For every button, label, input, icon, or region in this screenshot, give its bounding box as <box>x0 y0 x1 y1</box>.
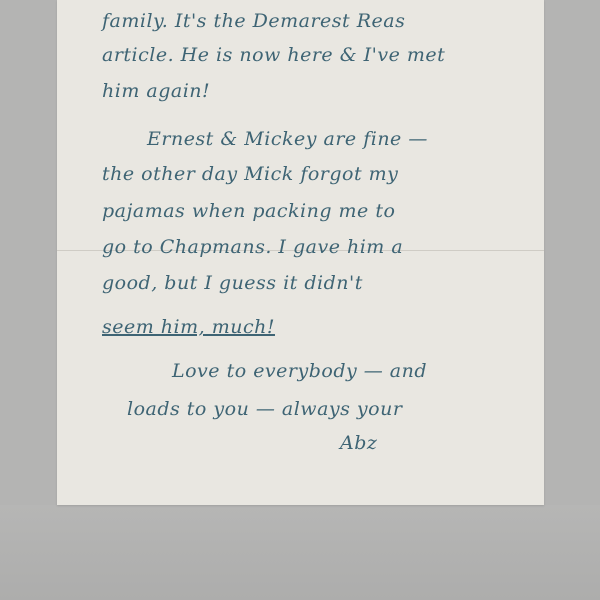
letter-line-6: pajamas when packing me to <box>102 200 395 222</box>
letter-line-9: seem him, much! <box>102 316 275 338</box>
letter-line-4: Ernest & Mickey are fine — <box>147 128 428 150</box>
letter-signature: Abz <box>340 432 377 454</box>
letter-line-8: good, but I guess it didn't <box>102 272 363 294</box>
letter-page: family. It's the Demarest Reas article. … <box>57 0 544 505</box>
letter-line-10: Love to everybody — and <box>172 360 427 382</box>
letter-line-1: family. It's the Demarest Reas <box>102 10 405 32</box>
letter-line-11: loads to you — always your <box>127 398 402 420</box>
letter-line-5: the other day Mick forgot my <box>102 163 398 185</box>
background-surface <box>0 505 600 600</box>
letter-line-3: him again! <box>102 80 210 102</box>
letter-line-2: article. He is now here & I've met <box>102 44 445 66</box>
letter-line-7: go to Chapmans. I gave him a <box>102 236 403 258</box>
